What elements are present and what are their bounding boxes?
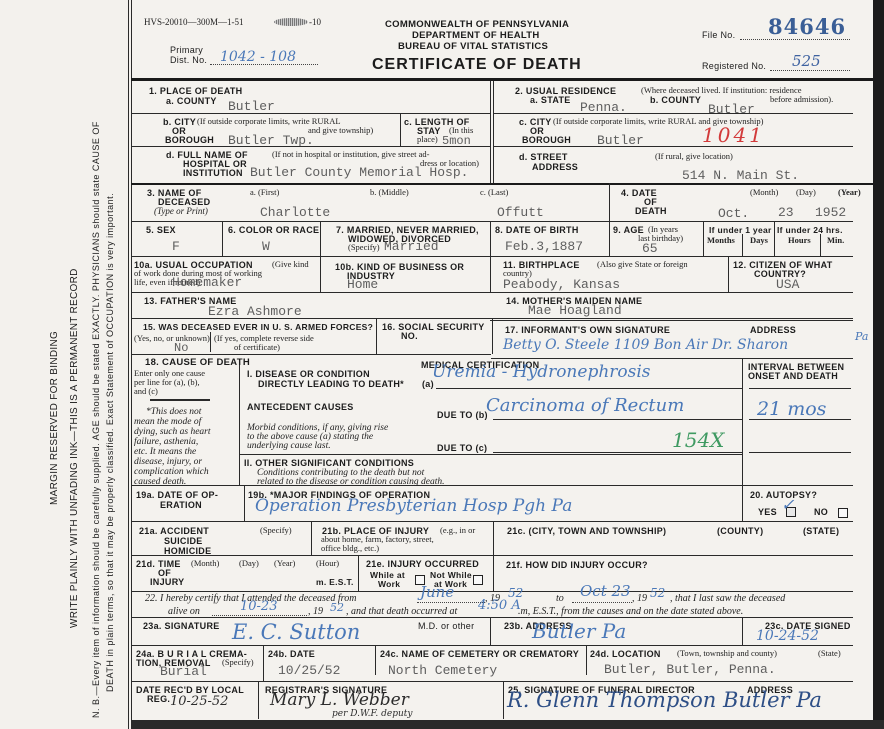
how-injury-label: 21f. HOW DID INJURY OCCUR? [506, 560, 648, 570]
rule [258, 681, 259, 719]
rule [400, 113, 401, 146]
rule [609, 221, 610, 256]
place-of-injury-hint: (e.g., in or [440, 526, 475, 535]
col-divider-top [490, 81, 491, 183]
borough-label: BOROUGH [165, 135, 214, 145]
cause-b-value: Carcinoma of Rectum [486, 395, 684, 416]
part1-label2: DIRECTLY LEADING TO DEATH* [258, 379, 404, 389]
checkmark-icon: ✓ [781, 495, 794, 514]
date-signed: 10-24-52 [756, 628, 819, 644]
rule [728, 256, 729, 292]
injury-county-label: (COUNTY) [717, 526, 763, 536]
state-label: a. STATE [530, 95, 571, 105]
certify-line2-a: alive on [168, 606, 200, 617]
age-value: 65 [642, 242, 658, 256]
res-county-label: b. COUNTY [650, 95, 701, 105]
rule [493, 452, 742, 453]
death-county: Butler [228, 100, 275, 114]
rule [490, 617, 491, 645]
armed-forces-hint3: of certificate) [234, 343, 280, 352]
ssn-label: 16. SOCIAL SECURITY [382, 322, 485, 332]
death-day: 23 [778, 206, 794, 220]
mother-maiden-name: Mae Hoagland [528, 304, 622, 318]
rule [131, 113, 490, 114]
certify-alive-year: 52 [330, 601, 344, 614]
rule [742, 234, 743, 256]
armed-forces-hint: (Yes, no, or unknown) [134, 334, 210, 343]
race-label: 6. COLOR OR RACE [228, 225, 319, 235]
death-date-label3: DEATH [635, 206, 667, 216]
min-label: Min. [827, 236, 844, 245]
cemetery-name: North Cemetery [388, 664, 497, 678]
rule [490, 320, 853, 321]
injury-day-label: (Day) [239, 559, 259, 568]
informant-signature: Betty O. Steele 1109 Bon Air Dr. Sharon [503, 337, 788, 353]
month-label: (Month) [750, 188, 778, 197]
rule [131, 146, 490, 147]
death-month: Oct. [718, 207, 749, 221]
middle-name-label: b. (Middle) [370, 188, 409, 197]
certify-line1-c: to [556, 593, 564, 604]
burial-date-label: 24b. DATE [268, 649, 315, 659]
date-received-label2: REG. [147, 694, 170, 704]
autopsy-no-checkbox[interactable] [838, 508, 848, 518]
injury-est-label: m. E.S.T. [316, 577, 354, 587]
page-edge [873, 0, 884, 729]
date-received: 10-25-52 [170, 694, 228, 709]
rule [131, 617, 853, 618]
page-title: CERTIFICATE OF DEATH [372, 56, 582, 74]
first-name-label: a. (First) [250, 188, 279, 197]
rule [131, 681, 853, 682]
rule [742, 358, 743, 485]
rule [749, 388, 851, 389]
injury-hour-label: (Hour) [316, 559, 339, 568]
certify-line1-d: , 19 [632, 593, 647, 604]
hospital-label3: INSTITUTION [183, 168, 243, 178]
rule [375, 645, 376, 675]
residence-hint2: before admission). [770, 95, 833, 104]
rule [239, 454, 742, 455]
certify-line2-d: .m, E.S.T., from the causes and on the d… [518, 606, 743, 617]
burial-specify: (Specify) [222, 658, 254, 667]
agency-line1: COMMONWEALTH OF PENNSYLVANIA [385, 20, 569, 30]
rule [131, 555, 853, 556]
residence-red-code: 1041 [702, 123, 765, 147]
while-at-work-label2: Work [378, 579, 400, 589]
accident-label: 21a. ACCIDENT [139, 526, 209, 536]
dist-value: 1042 - 108 [220, 49, 296, 65]
rule [222, 221, 223, 256]
autopsy-no-label: NO [814, 507, 828, 517]
hospital-name: Butler County Memorial Hosp. [250, 166, 468, 180]
injury-occurred-label: 21e. INJURY OCCURRED [366, 559, 479, 569]
rule [239, 365, 240, 485]
certify-line2-c: , and that death occurred at [346, 606, 457, 617]
place-of-injury-hint3: office bldg., etc.) [321, 544, 379, 553]
under-24-hrs-label: If under 24 hrs. [777, 225, 843, 235]
cemetery-label: 24c. NAME OF CEMETERY OR CREMATORY [380, 649, 579, 659]
rule [358, 555, 359, 591]
rule [493, 146, 853, 147]
injury-month-label: (Month) [191, 559, 219, 568]
autopsy-yes-label: YES [758, 507, 777, 517]
cause-a-value: Uremia - Hydronephrosis [432, 362, 651, 382]
margin-divider [128, 0, 129, 729]
informant-state: Pa [855, 330, 868, 343]
rule [311, 521, 312, 555]
injury-time-label3: INJURY [150, 577, 184, 587]
col-divider-top-2 [493, 81, 494, 183]
rule [586, 645, 587, 675]
burial-location-hint: (Town, township and county) [677, 649, 777, 658]
informant-address-label: ADDRESS [750, 325, 796, 335]
not-while-at-work-checkbox[interactable] [473, 575, 483, 585]
certify-line1-e: , that I last saw the deceased [670, 593, 785, 604]
rule [263, 645, 264, 682]
cause-label: 18. CAUSE OF DEATH [145, 358, 250, 368]
street-address: 514 N. Main St. [682, 169, 799, 183]
physician-address: Butler Pa [532, 619, 626, 643]
green-code: 154X [672, 428, 724, 452]
marital-status: Married [384, 240, 439, 254]
nb-note-line1: N. B.—Every item of information should b… [92, 121, 101, 718]
address-label: ADDRESS [532, 162, 578, 172]
ink-notice: WRITE PLAINLY WITH UNFADING INK—THIS IS … [70, 268, 80, 628]
armed-forces-label: 15. WAS DECEASED EVER IN U. S. ARMED FOR… [143, 322, 373, 332]
months-label: Months [707, 236, 735, 245]
ssn-label2: NO. [401, 331, 418, 341]
street-hint: (If rural, give location) [655, 152, 733, 161]
operation-findings: Operation Presbyterian Hosp Pgh Pa [255, 496, 572, 516]
injury-state-label: (STATE) [803, 526, 839, 536]
rule [131, 354, 491, 355]
sex-label: 5. SEX [146, 225, 176, 235]
last-name: Offutt [497, 206, 544, 220]
due-to-c-label: DUE TO (c) [437, 443, 487, 453]
operation-date-label: 19a. DATE OF OP- [136, 490, 218, 500]
interval-b-value: 21 mos [757, 398, 826, 420]
page-bottom-edge [131, 720, 884, 729]
interval-label2: ONSET AND DEATH [748, 371, 838, 381]
registrar-note: per D.W.F. deputy [332, 709, 412, 719]
birth-date: Feb.3,1887 [505, 240, 583, 254]
day-label: (Day) [796, 188, 816, 197]
certify-alive: 10-23 [240, 599, 277, 614]
rule [491, 358, 853, 359]
agency-line3: BUREAU OF VITAL STATISTICS [398, 42, 548, 52]
primary-label: Primary [170, 45, 203, 55]
cause-note-8: caused death. [134, 477, 186, 488]
file-number-label: File No. [702, 30, 735, 40]
stay-hint2: place) [417, 135, 438, 144]
rule [131, 183, 873, 185]
days-label: Days [750, 236, 768, 245]
part2-label: II. OTHER SIGNIFICANT CONDITIONS [244, 458, 414, 468]
physician-signature-label: 23a. SIGNATURE [143, 621, 220, 631]
md-label: M.D. or other [418, 621, 474, 631]
registered-number-label: Registered No. [702, 61, 766, 71]
agency-line2: DEPARTMENT OF HEALTH [412, 31, 540, 41]
accident-label2: SUICIDE [164, 536, 203, 546]
county-label: a. COUNTY [166, 96, 217, 106]
rule [492, 318, 493, 354]
city-hint2: and give township) [308, 126, 373, 135]
certify-to-year: 52 [650, 586, 665, 600]
funeral-director-signature: R. Glenn Thompson Butler Pa [507, 688, 822, 712]
rule [131, 521, 853, 522]
rule [609, 183, 610, 221]
rule [749, 452, 851, 453]
rule [436, 388, 742, 389]
rule [493, 113, 853, 114]
rule [131, 221, 853, 222]
last-name-label: c. (Last) [480, 188, 508, 197]
injury-city-label: 21c. (CITY, TOWN AND TOWNSHIP) [507, 526, 666, 536]
birth-date-label: 8. DATE OF BIRTH [495, 225, 579, 235]
death-year: 1952 [815, 206, 846, 220]
injury-year-label: (Year) [274, 559, 295, 568]
rule [131, 485, 853, 486]
birthplace-hint: (Also give State or foreign [597, 260, 688, 269]
rule [820, 234, 821, 256]
father-name: Ezra Ashmore [208, 305, 302, 319]
birthplace: Peabody, Kansas [503, 278, 620, 292]
form-code: HVS-20010—300M—1-51 [144, 18, 244, 27]
rule [131, 256, 853, 257]
race-value: W [262, 240, 270, 254]
armed-forces-value: No [174, 341, 188, 355]
margin-divider-2 [131, 0, 132, 729]
cause-instruction-3: and (c) [134, 387, 158, 396]
sex-value: F [172, 240, 180, 254]
informant-label: 17. INFORMANT'S OWN SIGNATURE [505, 325, 670, 335]
rule [503, 681, 504, 719]
certify-line2-b: , 19 [308, 606, 323, 617]
business: Home [347, 278, 378, 292]
occupation: Homemaker [172, 276, 242, 290]
certify-time: 4:50 A [478, 598, 521, 613]
year-label: (Year) [838, 188, 861, 197]
file-number: 84646 [768, 14, 846, 39]
hours-label: Hours [788, 236, 811, 245]
rule [244, 485, 245, 521]
accident-specify: (Specify) [260, 526, 292, 535]
operation-date-label2: ERATION [160, 500, 202, 510]
hospital-hint: (If not in hospital or institution, give… [272, 150, 429, 159]
physician-signature: E. C. Sutton [232, 620, 360, 644]
under-1-year-label: If under 1 year [709, 225, 772, 235]
burial-location-label: 24d. LOCATION [590, 649, 661, 659]
morbid-3: underlying cause last. [247, 441, 331, 452]
rule [742, 617, 743, 645]
union-label-icon [274, 18, 308, 26]
name-label3: (Type or Print) [154, 206, 208, 217]
part2-hint-2: related to the disease or condition caus… [257, 477, 445, 488]
res-borough-label: BOROUGH [522, 135, 571, 145]
rule [749, 419, 851, 420]
rule [493, 419, 742, 420]
antecedent-label: ANTECEDENT CAUSES [247, 402, 354, 412]
nb-note-line2: DEATH in plain terms, so that it may be … [106, 193, 115, 692]
rule [210, 332, 211, 352]
citizenship: USA [776, 278, 799, 292]
dist-label: Dist. No. [170, 55, 207, 65]
registrar-signature: Mary L. Webber [270, 690, 409, 710]
rule [774, 221, 775, 256]
street-label: d. STREET [519, 152, 568, 162]
part1-label: I. DISEASE OR CONDITION [247, 369, 370, 379]
first-name: Charlotte [260, 206, 330, 220]
rule [493, 521, 494, 591]
rule [131, 645, 853, 646]
rule [742, 485, 743, 521]
burial-location-state: (State) [818, 649, 841, 658]
rule [131, 292, 853, 293]
burial-location: Butler, Butler, Penna. [604, 663, 776, 677]
binding-margin-label: MARGIN RESERVED FOR BINDING [50, 331, 60, 505]
certify-to: Oct 23 [580, 582, 631, 600]
burial-date: 10/25/52 [278, 664, 340, 678]
rule [703, 221, 704, 256]
residence-county: Butler [708, 103, 755, 117]
occupation-hint: (Give kind [272, 260, 309, 269]
disposition: Burial [160, 665, 207, 679]
rule [376, 318, 377, 354]
due-to-b-label: DUE TO (b) [437, 410, 488, 420]
rule [131, 591, 853, 592]
rule [150, 399, 210, 401]
place-of-death-label: 1. PLACE OF DEATH [149, 86, 242, 96]
header-rule [131, 78, 873, 81]
marital-specify: (Specify) [348, 243, 380, 252]
registered-number: 525 [792, 52, 821, 70]
union-suffix: -10 [309, 18, 321, 27]
certify-from: June [420, 583, 454, 601]
